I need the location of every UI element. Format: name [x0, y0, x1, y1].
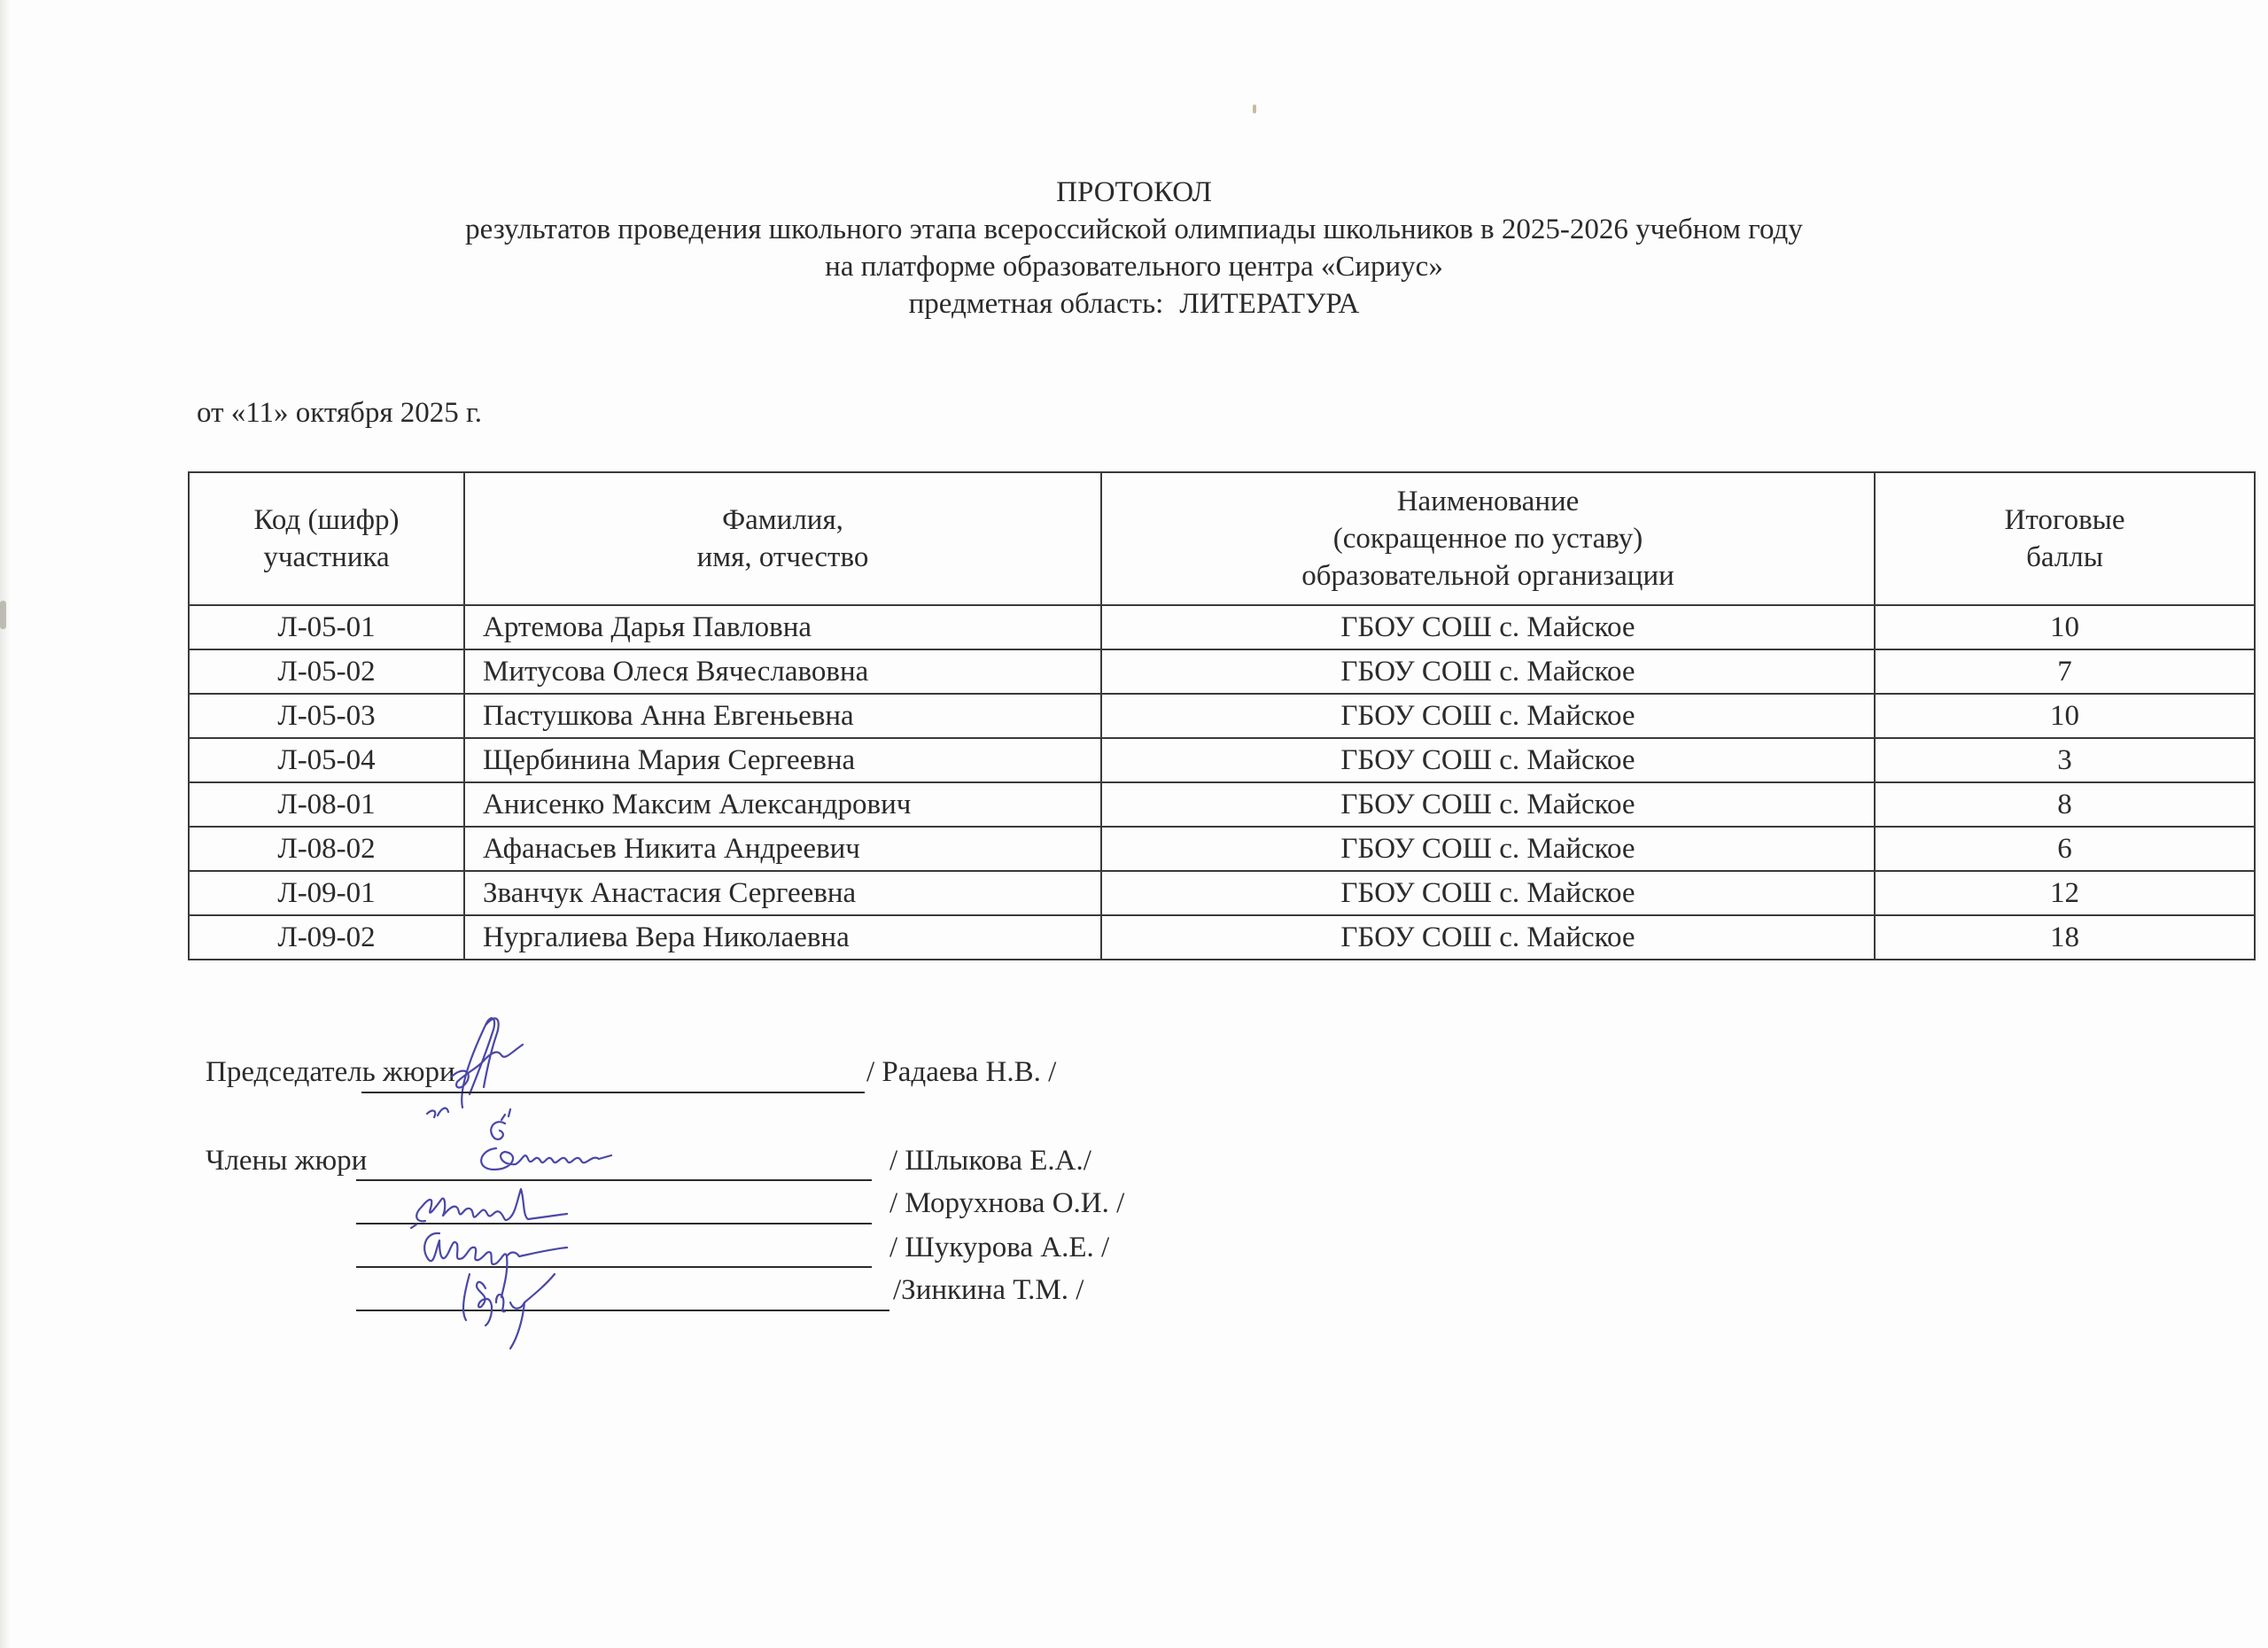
table-row: Л-05-02 Митусова Олеся Вячеславовна ГБОУ…	[189, 649, 2255, 694]
participant-organization: ГБОУ СОШ с. Майское	[1101, 827, 1875, 871]
chair-signature-line	[361, 1092, 490, 1093]
participant-name: Щербинина Мария Сергеевна	[464, 738, 1101, 782]
chair-underline	[361, 1092, 865, 1093]
table-row: Л-05-03 Пастушкова Анна Евгеньевна ГБОУ …	[189, 694, 2255, 738]
member-signature-icon	[372, 1267, 602, 1356]
member-name: /Зинкина Т.М. /	[893, 1274, 1084, 1307]
subject-value: ЛИТЕРАТУРА	[1179, 288, 1359, 320]
member-name: / Шукурова А.Е. /	[889, 1232, 1109, 1264]
table-row: Л-08-02 Афанасьев Никита Андреевич ГБОУ …	[189, 827, 2255, 871]
participant-name: Званчук Анастасия Сергеевна	[464, 871, 1101, 915]
document-subtitle-line1: результатов проведения школьного этапа в…	[0, 211, 2268, 248]
participant-code: Л-09-01	[189, 871, 464, 915]
member-underline	[356, 1223, 872, 1224]
chair-name: / Радаева Н.В. /	[866, 1056, 1056, 1089]
participant-organization: ГБОУ СОШ с. Майское	[1101, 649, 1875, 694]
participant-organization: ГБОУ СОШ с. Майское	[1101, 871, 1875, 915]
member-underline	[356, 1179, 872, 1181]
table-header-row: Код (шифр) участника Фамилия, имя, отчес…	[189, 472, 2255, 605]
member-name: / Морухнова О.И. /	[889, 1187, 1124, 1220]
participant-organization: ГБОУ СОШ с. Майское	[1101, 605, 1875, 649]
protocol-date: от «11» октября 2025 г.	[197, 397, 482, 430]
participant-name: Нургалиева Вера Николаевна	[464, 915, 1101, 960]
members-label: Члены жюри	[206, 1145, 367, 1178]
subject-line: предметная область:ЛИТЕРАТУРА	[0, 285, 2268, 323]
participant-code: Л-08-01	[189, 782, 464, 827]
scan-binder-mark	[0, 601, 6, 629]
participant-name: Анисенко Максим Александрович	[464, 782, 1101, 827]
member-signature-icon	[470, 1115, 718, 1185]
participant-organization: ГБОУ СОШ с. Майское	[1101, 738, 1875, 782]
participant-score: 10	[1875, 694, 2255, 738]
member-signature-icon	[354, 1223, 638, 1302]
participant-score: 3	[1875, 738, 2255, 782]
member-name: / Шлыкова Е.А./	[889, 1145, 1091, 1178]
participant-score: 7	[1875, 649, 2255, 694]
participant-code: Л-08-02	[189, 827, 464, 871]
member-underline	[356, 1266, 872, 1268]
participant-code: Л-05-02	[189, 649, 464, 694]
header-score: Итоговые баллы	[1875, 472, 2255, 605]
participant-score: 12	[1875, 871, 2255, 915]
participant-score: 6	[1875, 827, 2255, 871]
document-subtitle-line2: на платформе образовательного центра «Си…	[0, 248, 2268, 285]
results-table: Код (шифр) участника Фамилия, имя, отчес…	[188, 471, 2256, 960]
participant-organization: ГБОУ СОШ с. Майское	[1101, 694, 1875, 738]
chair-label: Председатель жюри	[206, 1056, 455, 1089]
member-signature-icon	[354, 1180, 638, 1242]
participant-name: Митусова Олеся Вячеславовна	[464, 649, 1101, 694]
participant-name: Афанасьев Никита Андреевич	[464, 827, 1101, 871]
member-underline	[356, 1310, 889, 1311]
scan-speck	[1253, 105, 1256, 113]
participant-code: Л-05-04	[189, 738, 464, 782]
table-row: Л-05-04 Щербинина Мария Сергеевна ГБОУ С…	[189, 738, 2255, 782]
participant-code: Л-05-03	[189, 694, 464, 738]
participant-code: Л-09-02	[189, 915, 464, 960]
header-name: Фамилия, имя, отчество	[464, 472, 1101, 605]
participant-name: Пастушкова Анна Евгеньевна	[464, 694, 1101, 738]
table-row: Л-05-01 Артемова Дарья Павловна ГБОУ СОШ…	[189, 605, 2255, 649]
table-row: Л-08-01 Анисенко Максим Александрович ГБ…	[189, 782, 2255, 827]
chair-signature-icon	[416, 1006, 532, 1121]
header-code: Код (шифр) участника	[189, 472, 464, 605]
participant-organization: ГБОУ СОШ с. Майское	[1101, 915, 1875, 960]
participant-name: Артемова Дарья Павловна	[464, 605, 1101, 649]
table-row: Л-09-02 Нургалиева Вера Николаевна ГБОУ …	[189, 915, 2255, 960]
subject-label: предметная область:	[909, 288, 1164, 320]
table-row: Л-09-01 Званчук Анастасия Сергеевна ГБОУ…	[189, 871, 2255, 915]
document-title: ПРОТОКОЛ	[0, 174, 2268, 211]
document-header: ПРОТОКОЛ результатов проведения школьног…	[0, 174, 2268, 323]
participant-organization: ГБОУ СОШ с. Майское	[1101, 782, 1875, 827]
header-organization: Наименование (сокращенное по уставу) обр…	[1101, 472, 1875, 605]
participant-score: 18	[1875, 915, 2255, 960]
participant-score: 8	[1875, 782, 2255, 827]
participant-code: Л-05-01	[189, 605, 464, 649]
participant-score: 10	[1875, 605, 2255, 649]
